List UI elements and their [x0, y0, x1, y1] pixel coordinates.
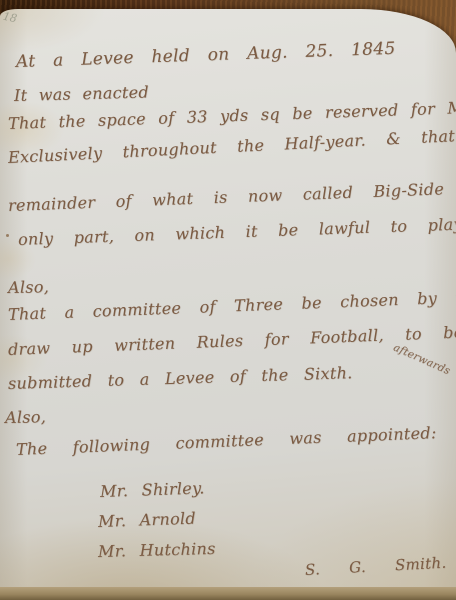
also-line-2: Also, — [5, 407, 46, 427]
enacted-line: It was enacted — [14, 82, 149, 105]
page-number-mark: 18 — [2, 10, 18, 26]
ink-blot-dot — [6, 234, 9, 237]
also-line-1: Also, — [8, 277, 49, 297]
committee-member-arnold: Mr. Arnold — [98, 509, 197, 531]
committee-member-shirley: Mr. Shirley. — [100, 478, 205, 501]
photo-frame: 18 At a Levee held on Aug. 25. 1845 It w… — [0, 0, 456, 600]
committee-member-hutchins: Mr. Hutchins — [98, 539, 216, 561]
page-bottom-edge — [0, 587, 456, 600]
